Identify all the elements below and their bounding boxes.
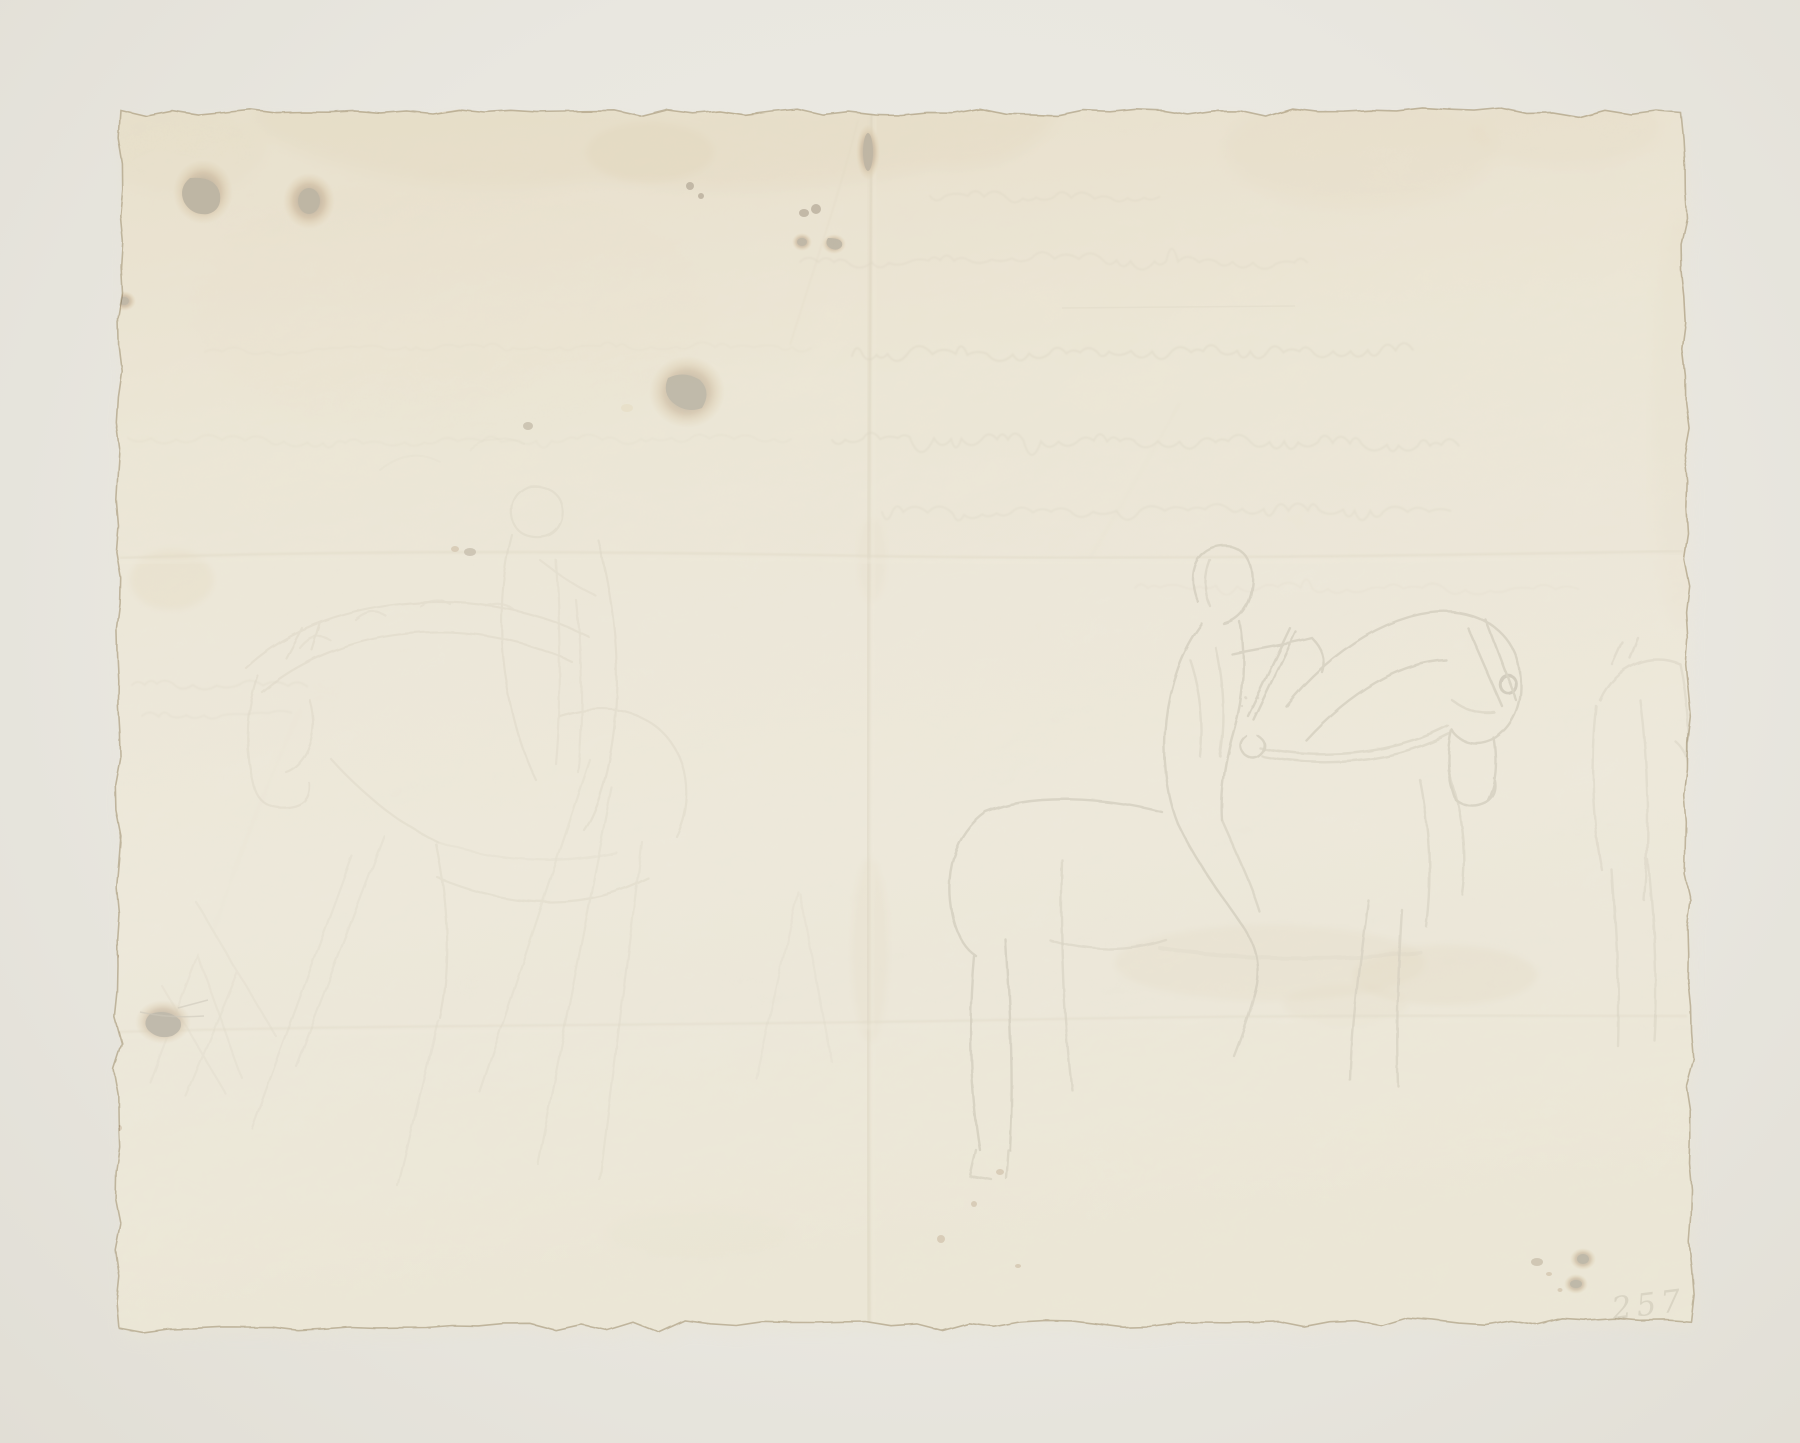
photograph-of-sketch-sheet: 257 [0,0,1800,1443]
artwork-photo: 257 [0,0,1800,1443]
deckled-edge [114,108,1695,1333]
